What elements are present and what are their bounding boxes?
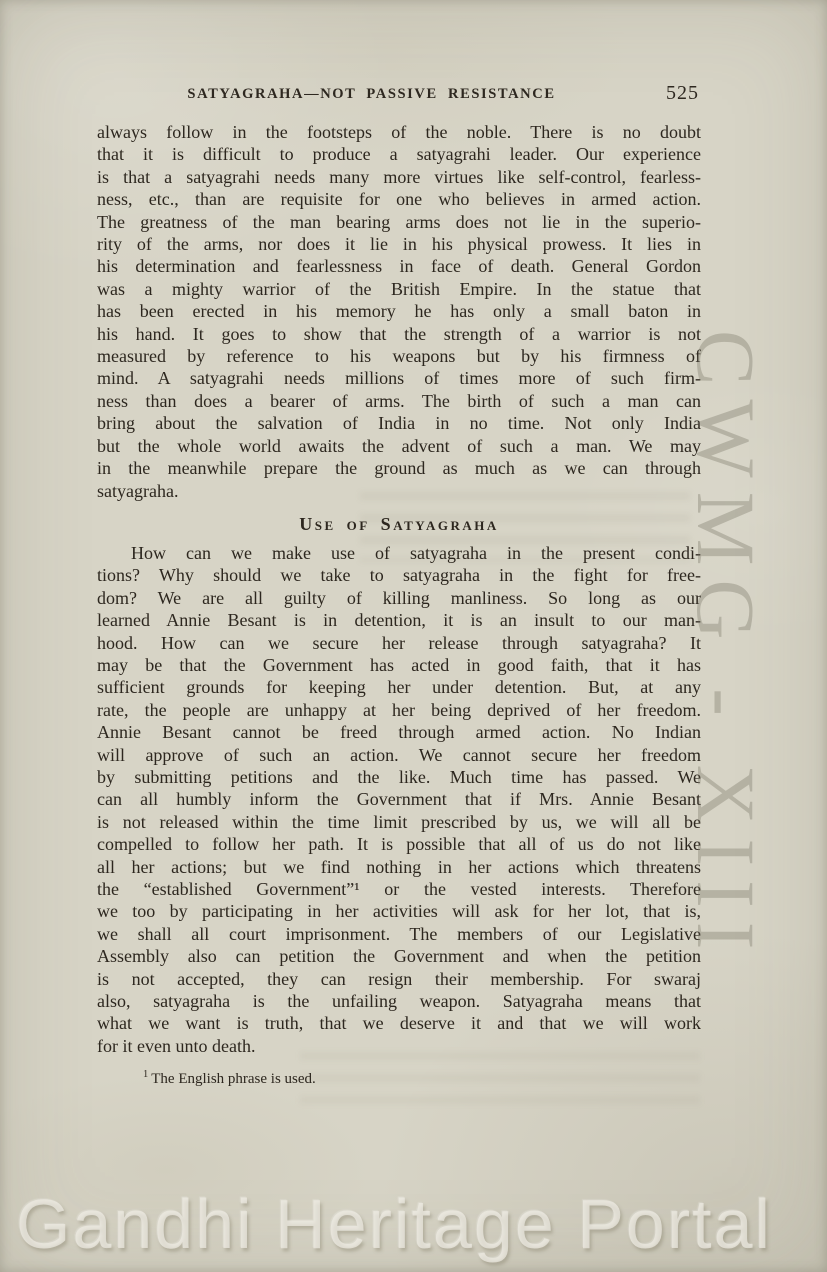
text-line: How can we make use of satyagraha in the… <box>97 542 701 564</box>
text-line: learned Annie Besant is in detention, it… <box>97 609 701 631</box>
scan-artifact-showthrough <box>300 1052 700 1107</box>
text-line: we too by participating in her activitie… <box>97 900 701 922</box>
text-line: can all humbly inform the Government tha… <box>97 788 701 810</box>
text-line: by submitting petitions and the like. Mu… <box>97 766 701 788</box>
text-line: all her actions; but we find nothing in … <box>97 856 701 878</box>
text-line: also, satyagraha is the unfailing weapon… <box>97 990 701 1012</box>
text-line: mind. A satyagrahi needs millions of tim… <box>97 367 701 389</box>
text-line: hood. How can we secure her release thro… <box>97 632 701 654</box>
watermark-gandhi-heritage-portal: Gandhi Heritage Portal <box>16 1184 816 1264</box>
text-line: but the whole world awaits the advent of… <box>97 435 701 457</box>
scanned-book-page: SATYAGRAHA—NOT PASSIVE RESISTANCE 525 al… <box>0 0 827 1272</box>
text-line: always follow in the footsteps of the no… <box>97 121 701 143</box>
text-line: is that a satyagrahi needs many more vir… <box>97 166 701 188</box>
text-line: may be that the Government has acted in … <box>97 654 701 676</box>
paragraph-2: How can we make use of satyagraha in the… <box>97 542 701 1057</box>
text-line: compelled to follow her path. It is poss… <box>97 833 701 855</box>
text-line: was a mighty warrior of the British Empi… <box>97 278 701 300</box>
text-line: rity of the arms, nor does it lie in his… <box>97 233 701 255</box>
text-line: ness, etc., than are requisite for one w… <box>97 188 701 210</box>
text-line: the “established Government”¹ or the ves… <box>97 878 701 900</box>
text-line: measured by reference to his weapons but… <box>97 345 701 367</box>
text-line: will approve of such an action. We canno… <box>97 744 701 766</box>
text-line: tions? Why should we take to satyagraha … <box>97 564 701 586</box>
text-line: is not accepted, they can resign their m… <box>97 968 701 990</box>
page-number: 525 <box>666 82 699 105</box>
text-line: what we want is truth, that we deserve i… <box>97 1012 701 1034</box>
text-line: Annie Besant cannot be freed through arm… <box>97 721 701 743</box>
text-line: rate, the people are unhappy at her bein… <box>97 699 701 721</box>
footnote-marker: 1 <box>143 1069 148 1080</box>
text-line: in the meanwhile prepare the ground as m… <box>97 457 701 479</box>
paragraph-1: always follow in the footsteps of the no… <box>97 121 701 502</box>
text-line: satyagraha. <box>97 480 701 502</box>
text-line: has been erected in his memory he has on… <box>97 300 701 322</box>
text-line: is not released within the time limit pr… <box>97 811 701 833</box>
text-line: that it is difficult to produce a satyag… <box>97 143 701 165</box>
footnote-text: The English phrase is used. <box>151 1071 316 1087</box>
text-line: ness than does a bearer of arms. The bir… <box>97 390 701 412</box>
footnote: 1The English phrase is used. <box>143 1071 316 1088</box>
text-line: bring about the salvation of India in no… <box>97 412 701 434</box>
text-line: sufficient grounds for keeping her under… <box>97 676 701 698</box>
text-line: we shall all court imprisonment. The mem… <box>97 923 701 945</box>
text-line: his hand. It goes to show that the stren… <box>97 323 701 345</box>
page-header-title: SATYAGRAHA—NOT PASSIVE RESISTANCE <box>97 86 701 103</box>
running-header: SATYAGRAHA—NOT PASSIVE RESISTANCE 525 <box>97 86 701 108</box>
text-line: for it even unto death. <box>97 1035 701 1057</box>
text-line: The greatness of the man bearing arms do… <box>97 211 701 233</box>
section-heading: Use of Satyagraha <box>97 514 701 535</box>
body-text-column: always follow in the footsteps of the no… <box>97 121 701 1057</box>
text-line: his determination and fearlessness in fa… <box>97 255 701 277</box>
text-line: Assembly also can petition the Governmen… <box>97 945 701 967</box>
text-line: dom? We are all guilty of killing manlin… <box>97 587 701 609</box>
